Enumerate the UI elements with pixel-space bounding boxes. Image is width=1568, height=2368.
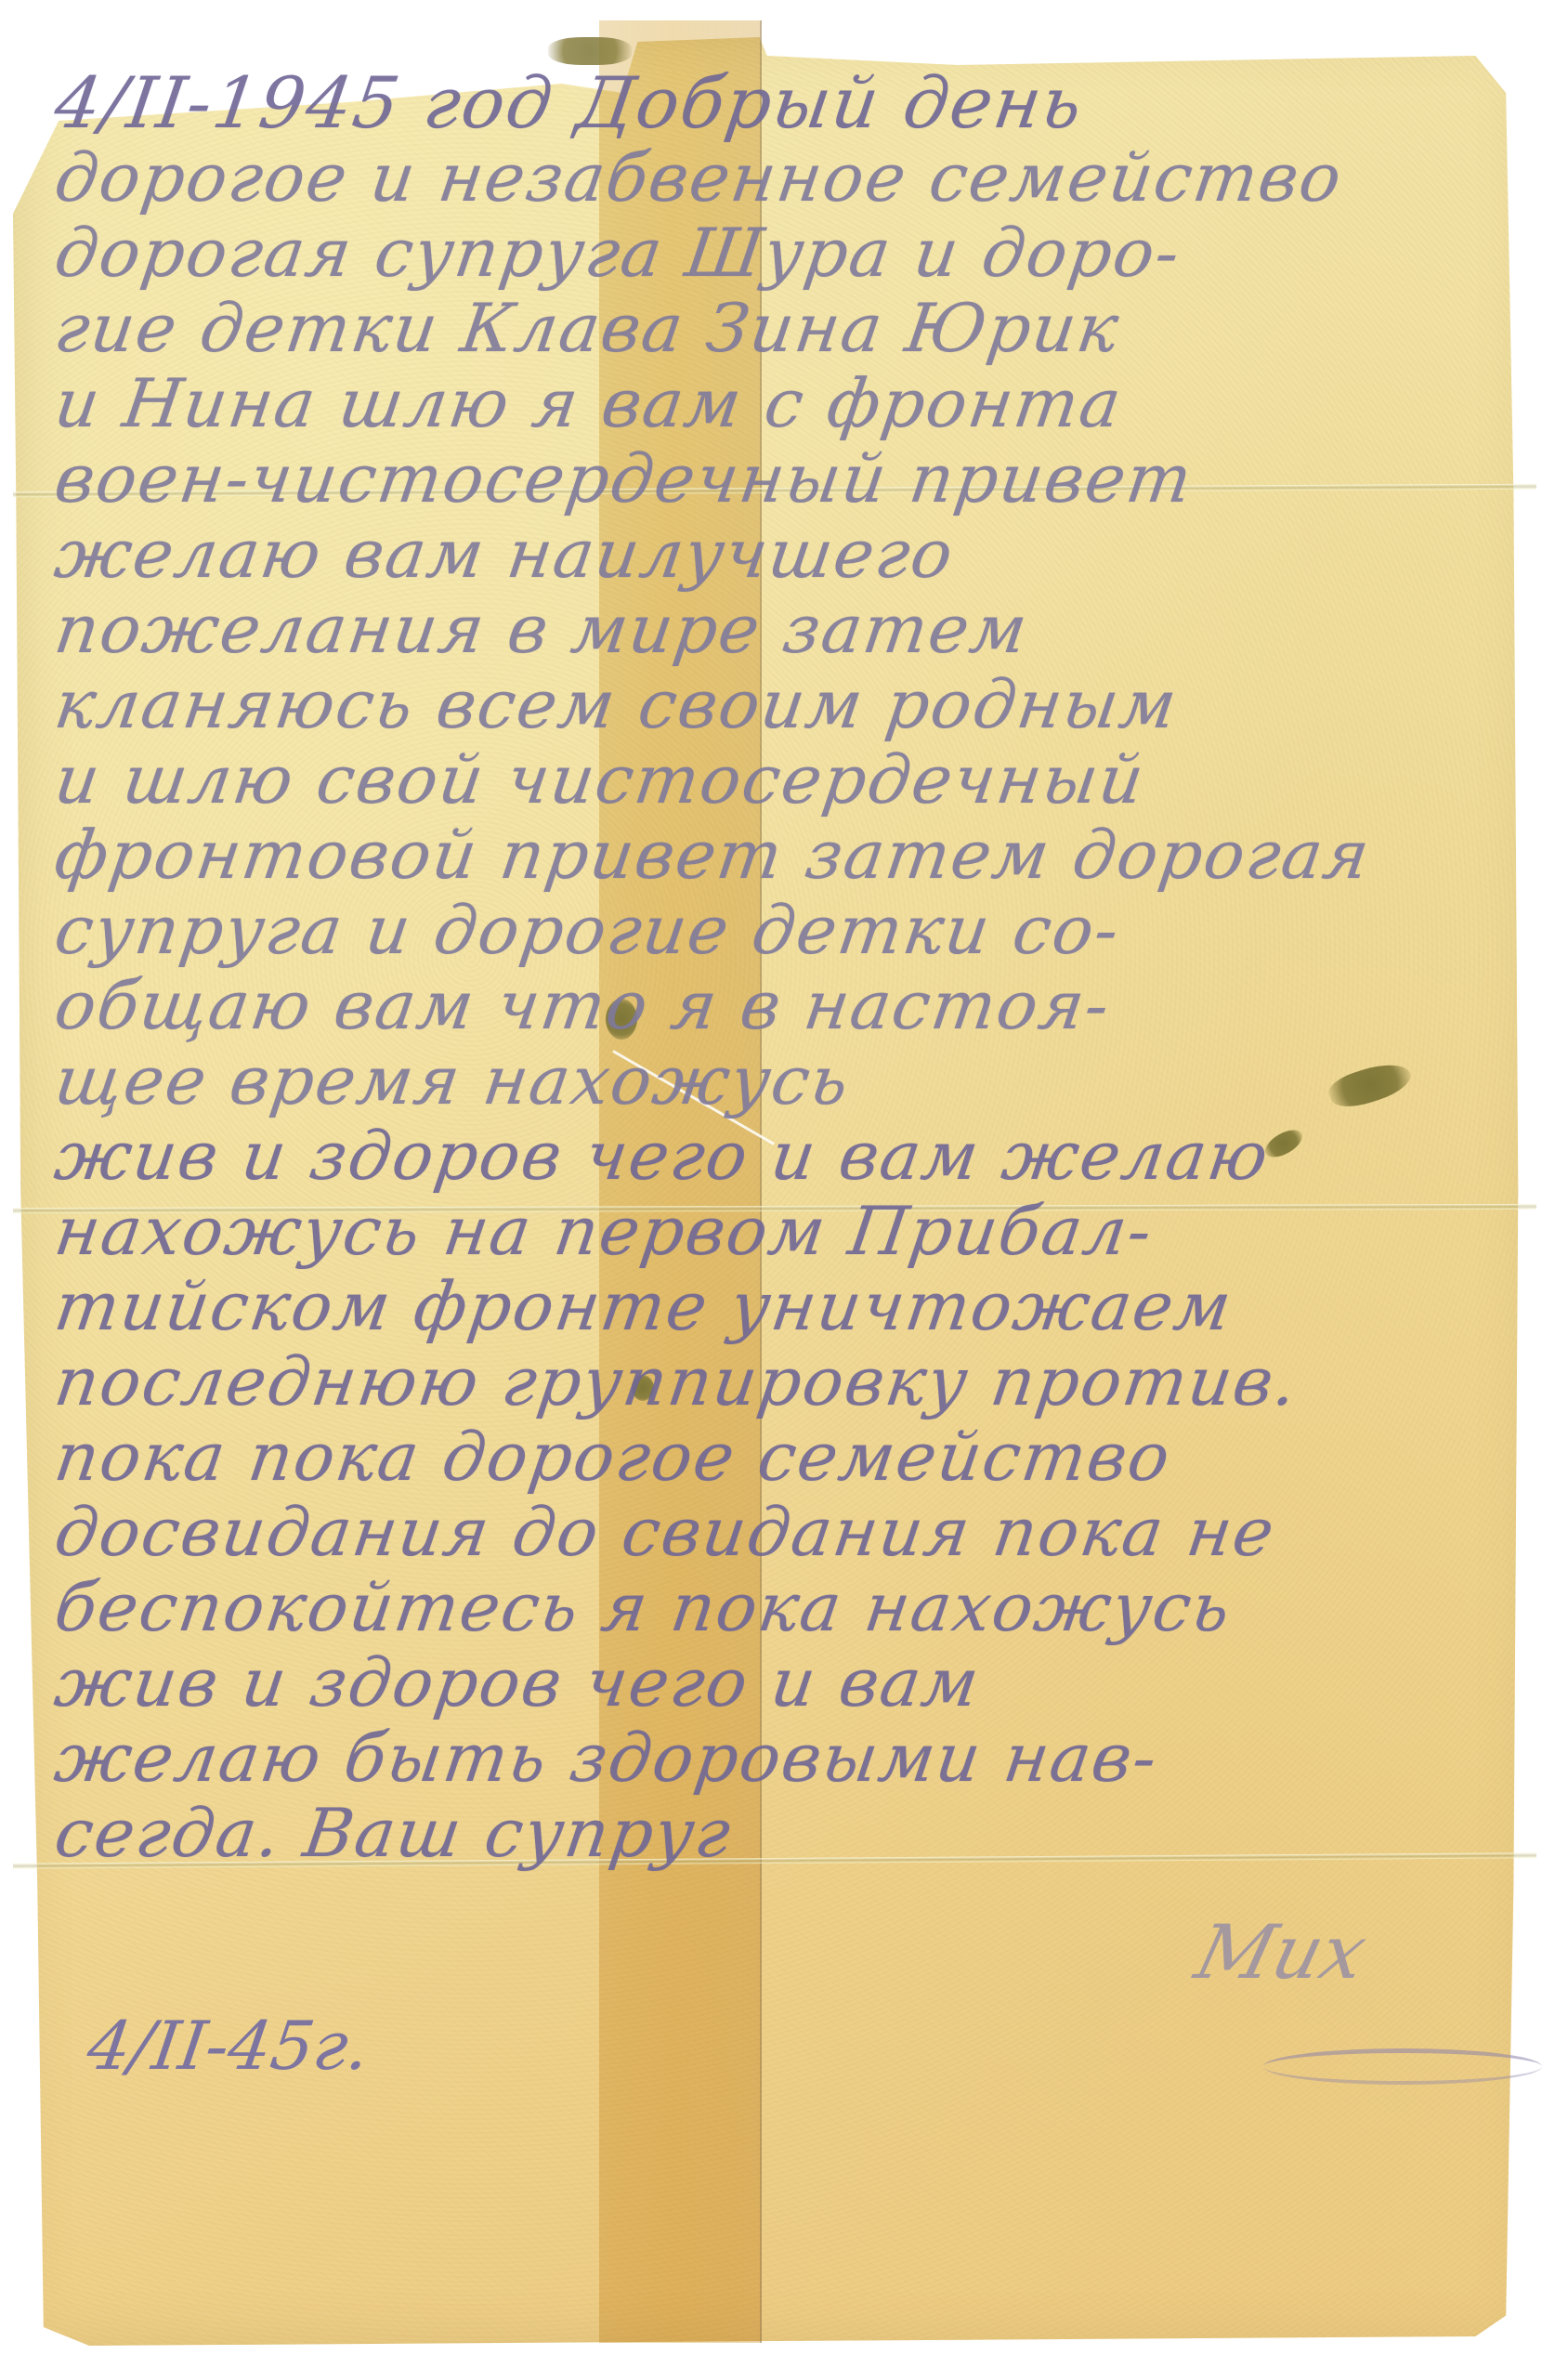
- letter-line: супруга и дорогие детки со-: [50, 893, 1528, 968]
- letter-line: кланяюсь всем своим родным: [50, 667, 1528, 742]
- letter-line: пожелания в мире затем: [50, 592, 1528, 667]
- letter-line: жив и здоров чего и вам желаю: [50, 1119, 1528, 1194]
- signature-flourish: [1263, 2048, 1542, 2085]
- letter-line-date-greeting: 4/II-1945 год Добрый день: [50, 65, 1528, 140]
- letter-body: 4/II-1945 год Добрый день дорогое и неза…: [56, 65, 1523, 1871]
- letter-line: воен-чистосердечный привет: [50, 441, 1528, 517]
- letter-line: беспокойтесь я пока нахожусь: [50, 1570, 1528, 1645]
- letter-line: щее время нахожусь: [50, 1043, 1528, 1119]
- letter-line: пока пока дорогое семейство: [50, 1419, 1528, 1495]
- letter-line-closing: сегда. Ваш супруг: [50, 1796, 1528, 1871]
- letter-line: тийском фронте уничтожаем: [50, 1269, 1528, 1344]
- letter-line: дорогое и незабвенное семейство: [50, 140, 1528, 216]
- closing-date: 4/II-45г.: [83, 2007, 374, 2085]
- letter-line: досвидания до свидания пока не: [50, 1495, 1528, 1570]
- letter-line: жив и здоров чего и вам: [50, 1645, 1528, 1720]
- letter-line: и шлю свой чистосердечный: [50, 742, 1528, 818]
- letter-line: дорогая супруга Шура и доро-: [50, 216, 1528, 291]
- letter-line: нахожусь на первом Прибал-: [50, 1194, 1528, 1269]
- letter-line: фронтовой привет затем дорогая: [50, 818, 1528, 893]
- letter-line: и Нина шлю я вам с фронта: [50, 366, 1528, 441]
- letter-line: гие детки Клава Зина Юрик: [50, 291, 1528, 366]
- letter-line: желаю быть здоровыми нав-: [50, 1720, 1528, 1796]
- letter-line: общаю вам что я в настоя-: [50, 968, 1528, 1043]
- letter-line: желаю вам наилучшего: [50, 517, 1528, 592]
- letter-line: последнюю группировку против.: [50, 1344, 1528, 1419]
- signature: Мих: [1187, 1909, 1375, 1995]
